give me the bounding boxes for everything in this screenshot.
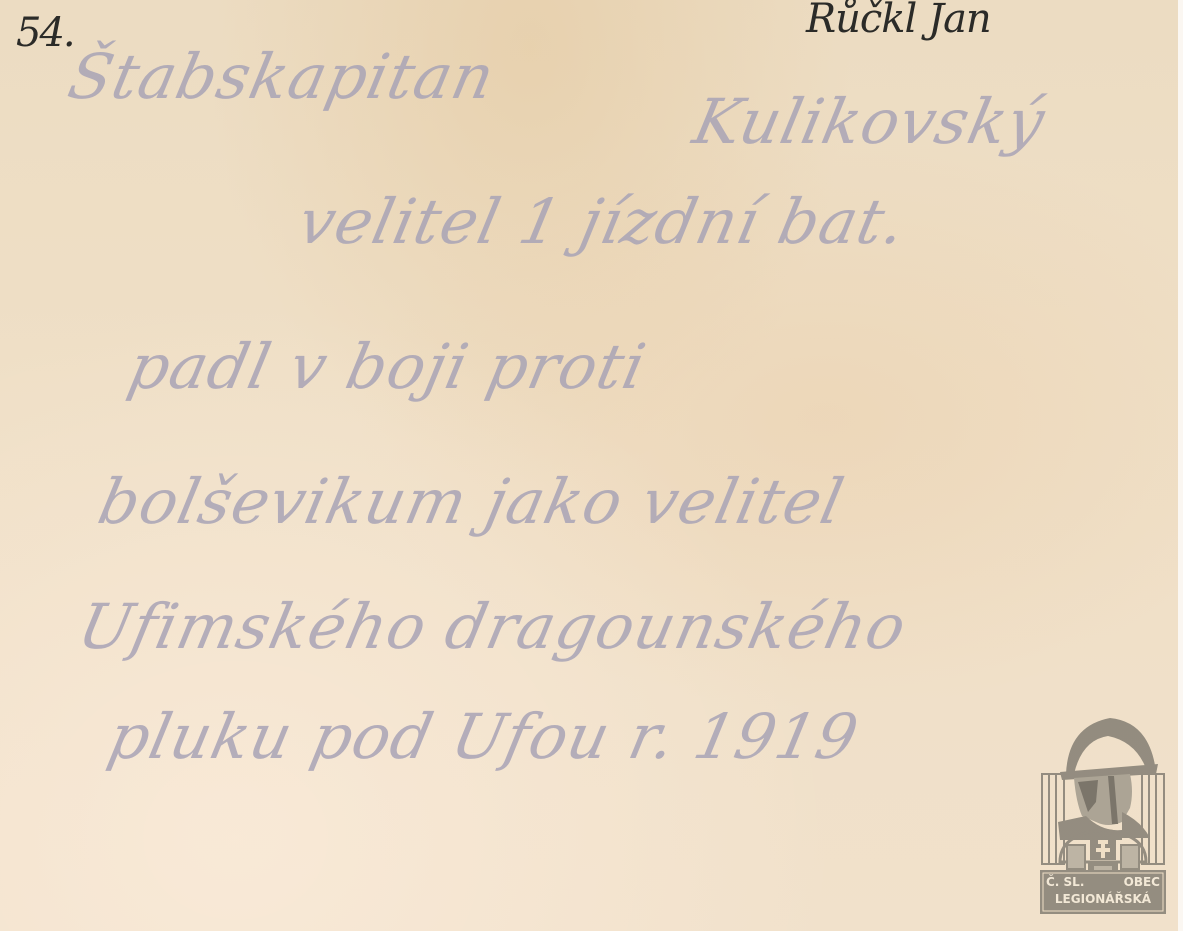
handwritten-line-2: Kulikovský xyxy=(687,85,1051,158)
handwritten-line-4: padl v boji proti xyxy=(122,330,652,403)
watermark-line1-right: OBEC xyxy=(1124,874,1160,891)
handwritten-line-1: Štabskapitan xyxy=(62,40,501,113)
handwritten-line-6: Ufimského dragounského xyxy=(72,590,913,663)
paper-edge xyxy=(1178,0,1183,931)
legion-watermark-logo: Č. SL. OBEC LEGIONÁŘSKÁ xyxy=(1038,712,1168,914)
handwritten-line-5: bolševikum jako velitel xyxy=(92,465,850,538)
handwritten-line-3: velitel 1 jízdní bat. xyxy=(292,185,912,258)
watermark-text: Č. SL. OBEC LEGIONÁŘSKÁ xyxy=(1038,874,1168,908)
card-number: 54. xyxy=(16,10,74,56)
document-card: 54. Růčkl Jan Štabskapitan Kulikovský ve… xyxy=(0,0,1178,931)
handwritten-line-7: pluku pod Ufou r. 1919 xyxy=(102,700,865,773)
signature: Růčkl Jan xyxy=(806,0,991,42)
watermark-line2: LEGIONÁŘSKÁ xyxy=(1038,891,1168,908)
watermark-line1-left: Č. SL. xyxy=(1046,874,1084,891)
